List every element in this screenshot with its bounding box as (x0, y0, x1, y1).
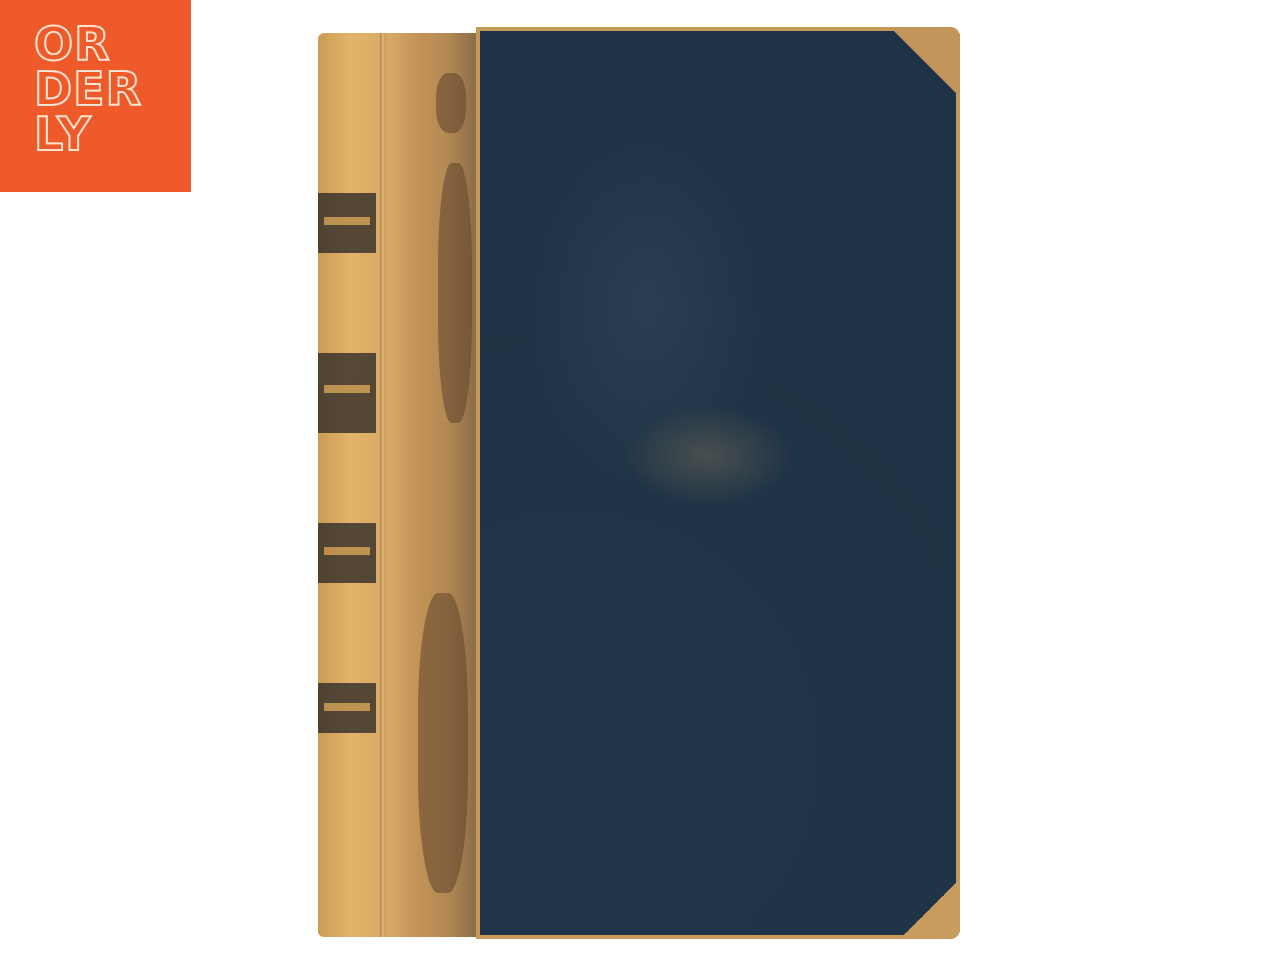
cover-texture (480, 31, 956, 935)
spine-label-band (318, 353, 376, 433)
book-cover (476, 27, 960, 939)
spine-label-band (318, 523, 376, 583)
book-spine (318, 33, 478, 937)
spine-label-band (318, 683, 376, 733)
corner-protector-bottom (900, 879, 960, 939)
logo-line-2: DER (34, 67, 191, 112)
spine-crease (380, 33, 386, 937)
logo-line-1: OR (34, 22, 191, 67)
corner-protector-top (890, 27, 960, 97)
spine-stain (436, 73, 466, 133)
logo-line-3: LY (34, 112, 191, 157)
spine-stain (418, 593, 468, 893)
spine-label-band (318, 193, 376, 253)
orderly-logo: OR DER LY (0, 0, 191, 192)
spine-stain (438, 163, 472, 423)
book-photo (318, 27, 960, 937)
